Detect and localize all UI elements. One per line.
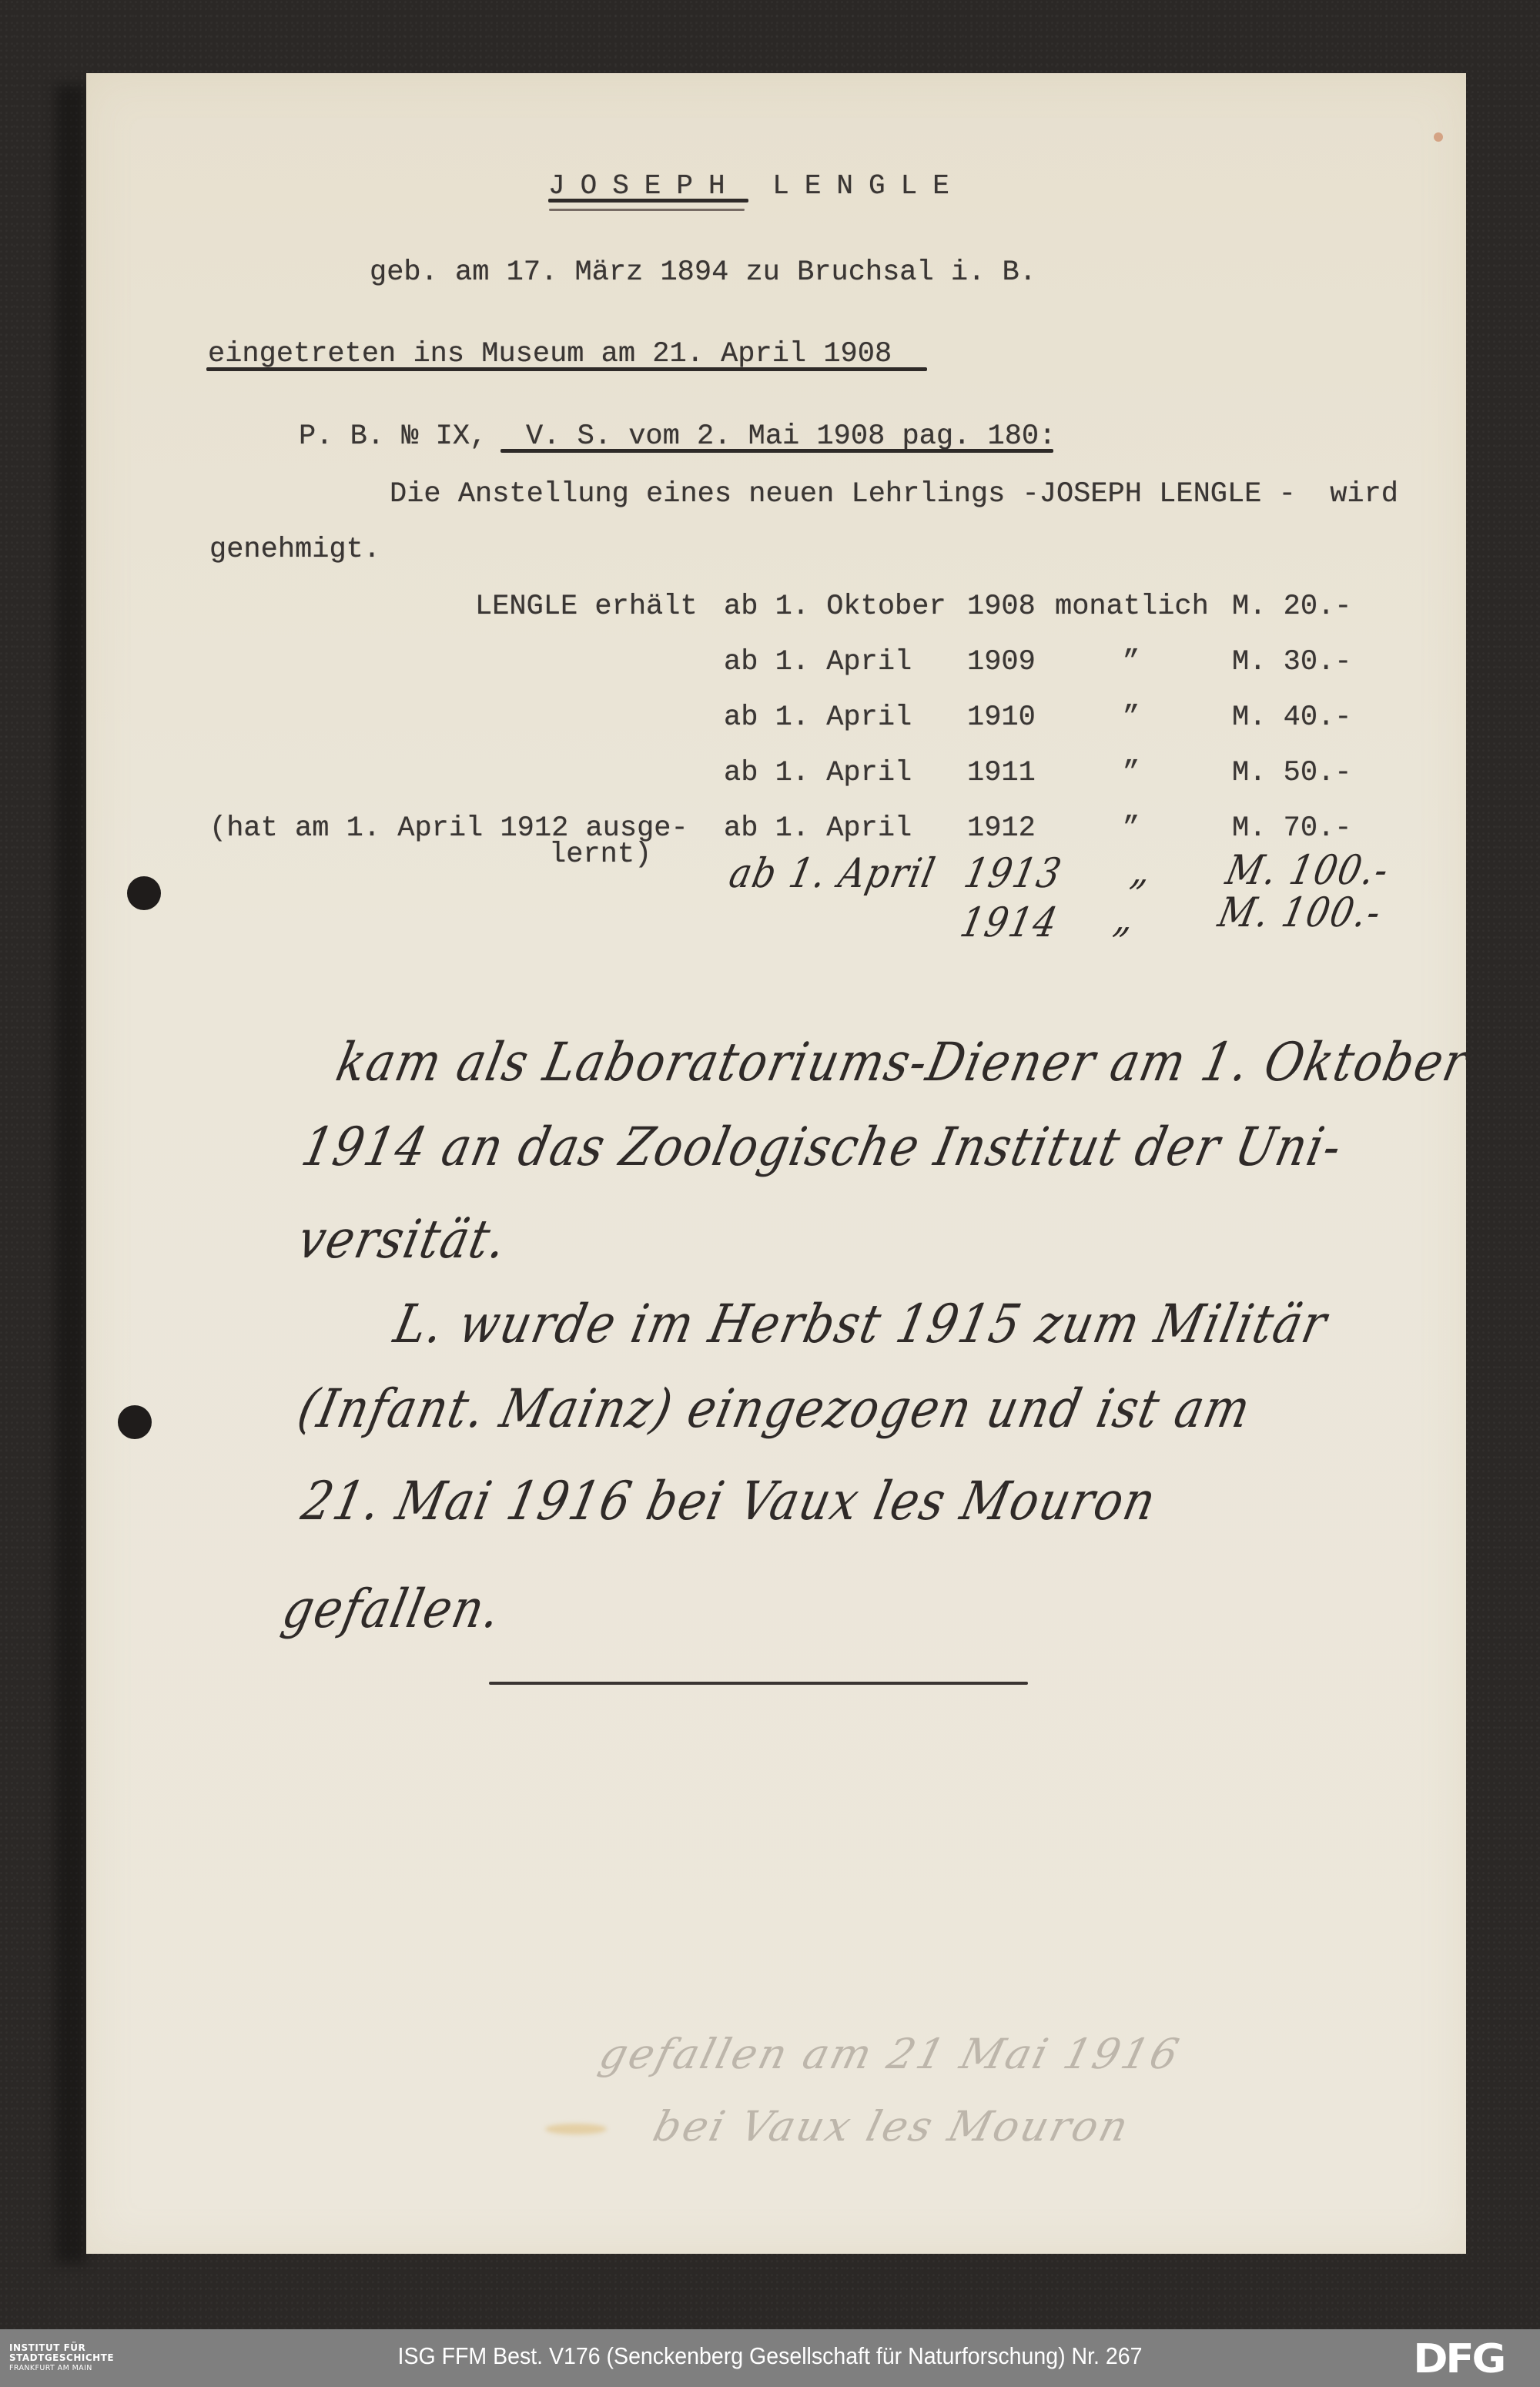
salary-ditto: ” — [1123, 702, 1140, 733]
reference-prefix: P. B. № IX, — [299, 421, 487, 452]
salary-intro: LENGLE erhält — [475, 591, 698, 622]
salary-amount: M. 100.- — [1213, 882, 1388, 944]
reference-underline — [500, 449, 1053, 453]
salary-amount: M. 50.- — [1232, 758, 1351, 788]
salary-year: 1908 — [967, 591, 1036, 622]
stain-mark — [545, 2124, 607, 2134]
salary-year: 1910 — [967, 702, 1036, 733]
punch-hole-lower — [118, 1405, 152, 1439]
salary-from: ab 1. April — [724, 842, 942, 905]
pencil-note-line-2: bei Vaux les Mouron — [648, 2102, 1135, 2151]
salary-year: 1911 — [967, 758, 1036, 788]
salary-from: ab 1. April — [724, 758, 912, 788]
handwritten-line: kam als Laboratoriums-Diener am 1. Oktob… — [331, 1032, 1474, 1094]
salary-from: ab 1. April — [724, 702, 912, 733]
entry-underline — [206, 367, 927, 371]
salary-year: 1912 — [967, 813, 1036, 844]
salary-from: ab 1. Oktober — [724, 591, 946, 622]
salary-ditto: ” — [1123, 647, 1140, 678]
salary-period: monatlich — [1055, 591, 1209, 622]
handwritten-line: 21. Mai 1916 bei Vaux les Mouron — [296, 1471, 1162, 1533]
paper-shadow — [55, 85, 86, 2264]
reference-line: V. S. vom 2. Mai 1908 pag. 180: — [526, 421, 1056, 452]
handwritten-line: (Infant. Mainz) eingezogen und ist am — [293, 1378, 1257, 1441]
title-underline — [548, 199, 748, 203]
salary-ditto: ” — [1123, 758, 1140, 788]
handwritten-line: versität. — [293, 1209, 513, 1271]
archive-caption: ISG FFM Best. V176 (Senckenberg Gesellsc… — [62, 2339, 1478, 2373]
stain-spot — [1434, 132, 1443, 142]
paragraph-line-1: Die Anstellung eines neuen Lehrlings -JO… — [390, 479, 1398, 510]
entry-line: eingetreten ins Museum am 21. April 1908 — [208, 339, 892, 370]
title-underline-second — [549, 209, 745, 211]
handwritten-line: gefallen. — [277, 1578, 507, 1641]
closing-rule — [489, 1682, 1028, 1685]
paragraph-line-2: genehmigt. — [209, 534, 380, 565]
salary-amount: M. 30.- — [1232, 647, 1351, 678]
salary-from: ab 1. April — [724, 647, 912, 678]
punch-hole-upper — [127, 876, 161, 910]
salary-amount: M. 20.- — [1232, 591, 1351, 622]
salary-year: 1909 — [967, 647, 1036, 678]
salary-from: ab 1. April — [724, 813, 912, 844]
salary-year: 1914 — [955, 892, 1064, 954]
apprentice-note-line-2: lernt) — [549, 839, 651, 870]
birth-line: geb. am 17. März 1894 zu Bruchsal i. B. — [370, 257, 1036, 288]
salary-amount: M. 40.- — [1232, 702, 1351, 733]
pencil-note-line-1: gefallen am 21 Mai 1916 — [594, 2030, 1186, 2078]
handwritten-line: L. wurde im Herbst 1915 zum Militär — [389, 1294, 1333, 1356]
salary-ditto: ” — [1123, 813, 1140, 844]
dfg-logo: DFG — [1413, 2339, 1504, 2379]
page-title: JOSEPH LENGLE — [548, 171, 965, 202]
handwritten-line: 1914 an das Zoologische Institut der Uni… — [296, 1116, 1348, 1179]
